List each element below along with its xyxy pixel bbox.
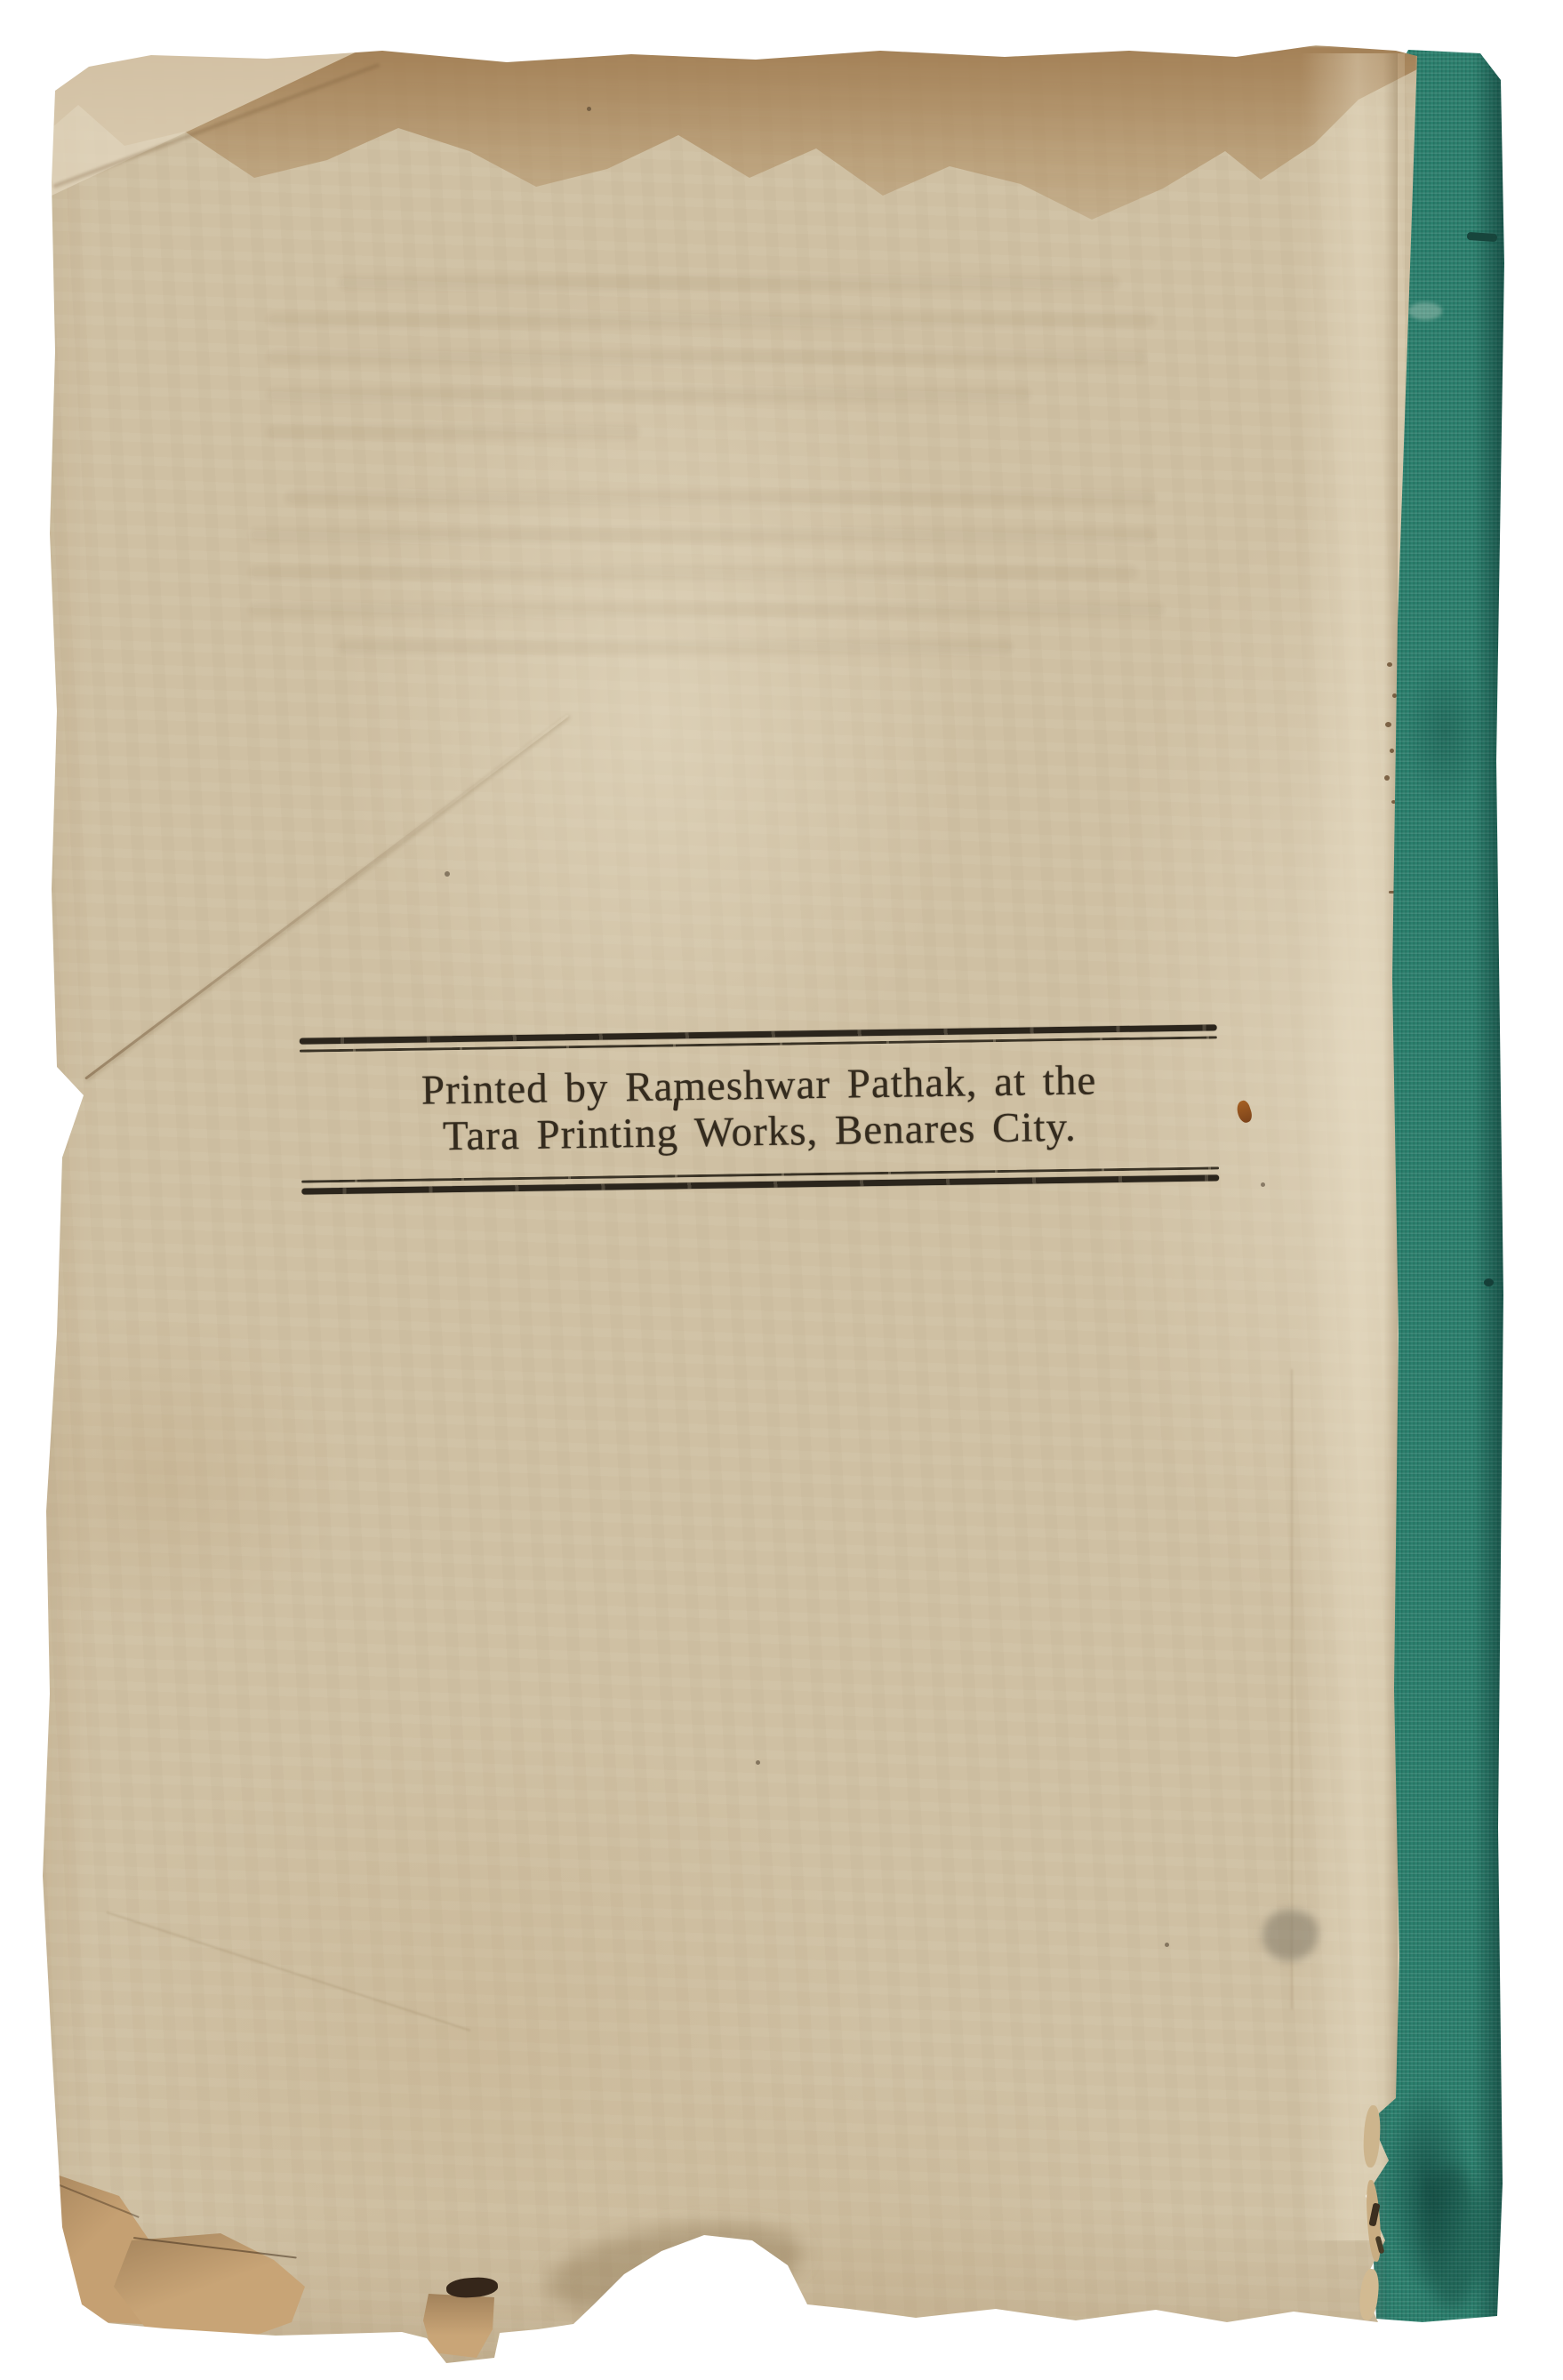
cloth-dark-smudge	[1421, 2166, 1483, 2308]
scanned-page: Printed by Rameshwar Pathak, at the Tara…	[0, 0, 1563, 2380]
show-through-text	[231, 258, 1200, 676]
foxing-speck	[1385, 722, 1391, 727]
paper-speck	[587, 107, 591, 111]
foxing-speck	[1390, 749, 1394, 753]
paper-speck	[1165, 1943, 1169, 1947]
imprint-line-1: Printed by Rameshwar Pathak, at the	[300, 1058, 1218, 1113]
paper-speck	[756, 1760, 760, 1765]
cloth-scuff	[1408, 302, 1442, 320]
paper-speck	[1261, 1182, 1265, 1187]
cover-paper	[0, 0, 1563, 2380]
imprint-block: Printed by Rameshwar Pathak, at the Tara…	[300, 1024, 1219, 1194]
foxing-speck	[1387, 662, 1392, 667]
foxing-speck	[1384, 775, 1390, 781]
foxing-speck	[1392, 693, 1397, 698]
paper-speck	[445, 871, 450, 877]
cloth-ink-dash	[1467, 232, 1498, 242]
cloth-ink-dot	[1484, 1278, 1494, 1286]
